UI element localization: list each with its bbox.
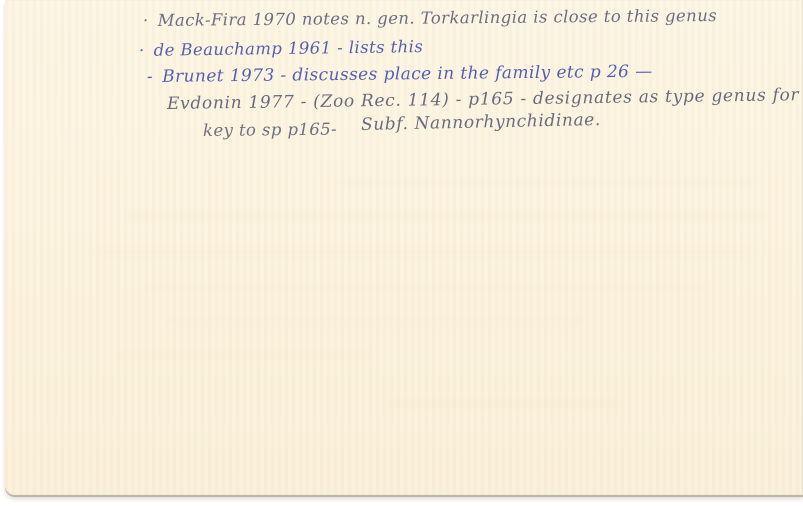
handwritten-note-line: key to sp p165- <box>203 120 337 140</box>
bullet-marker: · <box>143 11 149 30</box>
note-text: de Beauchamp 1961 - lists this <box>154 37 424 60</box>
handwritten-note-line: Evdonin 1977 - (Zoo Rec. 114) - p165 - d… <box>167 85 800 114</box>
ink-showthrough <box>95 248 755 256</box>
note-text: Mack-Fira 1970 notes n. gen. Torkarlingi… <box>158 6 718 30</box>
dash-marker: - <box>147 67 153 87</box>
ink-showthrough <box>335 178 755 185</box>
ink-showthrough <box>145 284 705 291</box>
note-text: key to sp p165- <box>203 120 337 140</box>
handwritten-note-line: ·de Beauchamp 1961 - lists this <box>139 37 423 60</box>
handwritten-note-line: -Brunet 1973 - discusses place in the fa… <box>147 62 653 87</box>
handwritten-note-line: Subf. Nannorhynchidinae. <box>361 110 601 135</box>
ink-showthrough <box>115 352 375 359</box>
bullet-marker: · <box>139 41 145 60</box>
ink-showthrough <box>385 400 625 407</box>
note-text: Subf. Nannorhynchidinae. <box>361 110 601 135</box>
scan-background: ·Mack-Fira 1970 notes n. gen. Torkarling… <box>0 0 803 507</box>
ink-showthrough <box>165 318 585 325</box>
handwritten-note-line: ·Mack-Fira 1970 notes n. gen. Torkarling… <box>143 6 717 30</box>
index-card: ·Mack-Fira 1970 notes n. gen. Torkarling… <box>5 0 803 495</box>
ink-showthrough <box>125 212 765 220</box>
note-text: Evdonin 1977 - (Zoo Rec. 114) - p165 - d… <box>167 85 800 114</box>
note-text: Brunet 1973 - discusses place in the fam… <box>162 62 653 87</box>
